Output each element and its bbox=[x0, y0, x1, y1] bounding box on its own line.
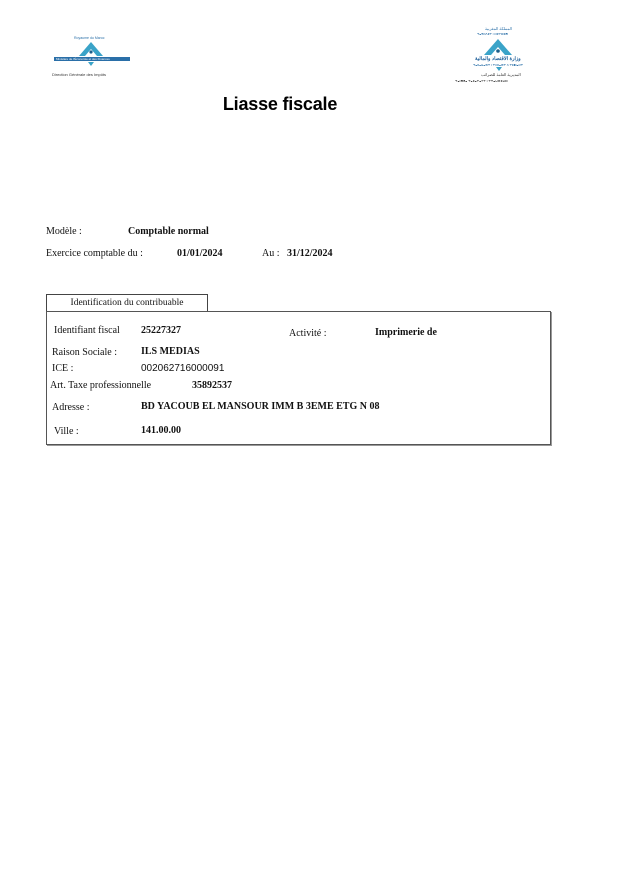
page-title: Liasse fiscale bbox=[150, 94, 410, 115]
logo-arabic-caption: المديرية العامة للضرائب bbox=[481, 72, 521, 77]
modele-label: Modèle : bbox=[46, 226, 82, 237]
dgi-logo-left: Royaume du Maroc Ministère de l'Économie… bbox=[48, 36, 138, 82]
ville-value: 141.00.00 bbox=[141, 425, 181, 436]
identification-tab: Identification du contribuable bbox=[46, 294, 208, 311]
ice-label: ICE : bbox=[52, 363, 73, 374]
taxe-pro-label: Art. Taxe professionnelle bbox=[50, 380, 151, 391]
taxe-pro-value: 35892537 bbox=[192, 380, 232, 391]
logo-tifinagh-caption: ⵜⴰⵏⴱⴹⴰ ⵜⴰⵎⴰⵜⴰⵢⵜ ⵏ ⵜⵖⴰⵡⵙⵉⵡⵉⵏ bbox=[455, 79, 508, 83]
exercice-label: Exercice comptable du : bbox=[46, 248, 143, 259]
exercice-to-label: Au : bbox=[262, 248, 280, 259]
ville-label: Ville : bbox=[54, 426, 79, 437]
emblem-arrow-icon bbox=[88, 62, 94, 66]
activite-value: Imprimerie de bbox=[375, 327, 437, 338]
adresse-value: BD YACOUB EL MANSOUR IMM B 3EME ETG N 08 bbox=[141, 401, 379, 412]
logo-tifinagh-kingdom: ⵜⴰⴳⵍⴷⵉⵜ ⵏ ⵍⵎⵖⵔⵉⴱ bbox=[477, 32, 508, 36]
modele-value: Comptable normal bbox=[128, 226, 209, 237]
exercice-from: 01/01/2024 bbox=[177, 248, 223, 259]
logo-arabic-kingdom: المملكة المغربية bbox=[485, 26, 512, 31]
ice-value: 002062716000091 bbox=[141, 363, 224, 374]
ministry-emblem-arabic-icon bbox=[483, 38, 513, 56]
emblem-arrow-icon bbox=[496, 67, 502, 71]
raison-sociale-value: ILS MEDIAS bbox=[141, 346, 200, 357]
adresse-label: Adresse : bbox=[52, 402, 90, 413]
identifiant-fiscal-label: Identifiant fiscal bbox=[54, 325, 120, 336]
logo-arabic-ministry: وزارة الاقتصاد والمالية bbox=[475, 56, 521, 62]
activite-label: Activité : bbox=[289, 328, 327, 339]
identifiant-fiscal-value: 25227327 bbox=[141, 325, 181, 336]
logo-caption: Direction Générale des Impôts bbox=[52, 72, 106, 77]
exercice-to: 31/12/2024 bbox=[287, 248, 333, 259]
ministry-emblem-icon bbox=[78, 41, 104, 57]
logo-kingdom-text: Royaume du Maroc bbox=[74, 36, 105, 40]
dgi-logo-right: المملكة المغربية ⵜⴰⴳⵍⴷⵉⵜ ⵏ ⵍⵎⵖⵔⵉⴱ وزارة … bbox=[455, 26, 555, 88]
raison-sociale-label: Raison Sociale : bbox=[52, 347, 117, 358]
logo-ministry-text: Ministère de l'Économie et des Finances bbox=[56, 57, 110, 61]
